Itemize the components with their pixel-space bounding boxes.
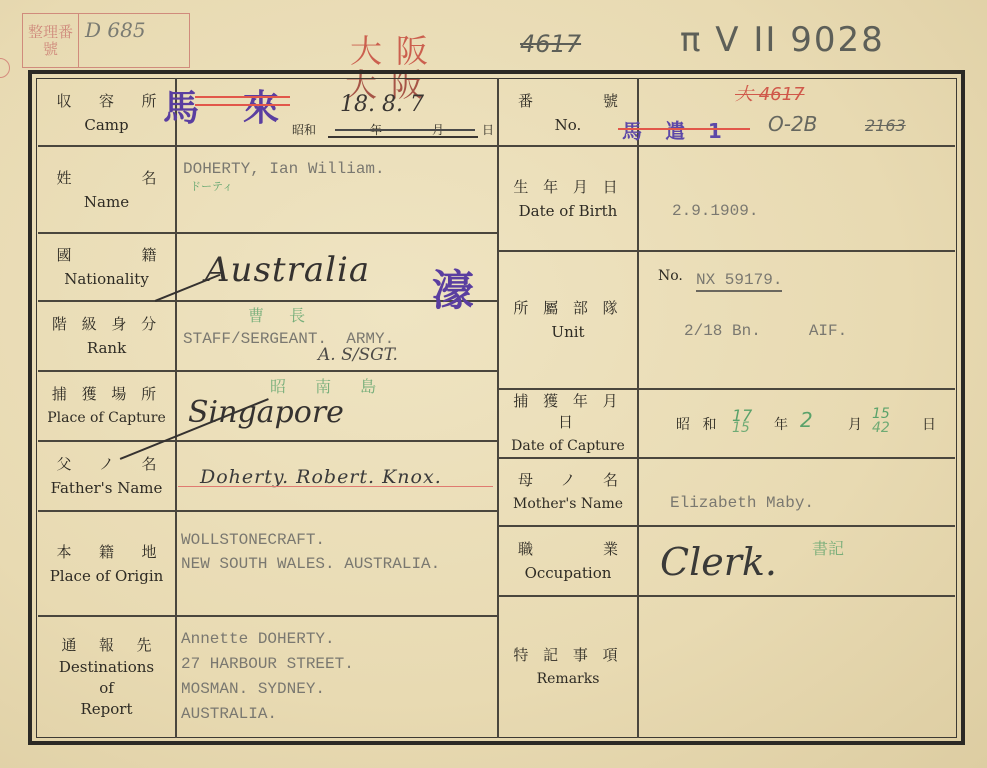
label-char: 容 [99,90,114,111]
label-char: 籍 [141,244,156,265]
mother-value: Elizabeth Maby. [670,494,814,512]
capture-year-mark: 年 [774,414,788,434]
label-jp: 生 年 月 日 [513,176,622,197]
unit-no-label: No. [658,268,683,284]
filing-number-value: D 685 [85,18,146,42]
crossed-pencil-number: 4617 [520,30,581,58]
label-en: Date of Birth [519,201,618,222]
label-char: ノ [99,453,114,474]
unit-value: 2/18 Bn. AIF. [684,322,847,340]
label-jp: 番 號 [518,90,618,111]
label-jp: 階 級 身 分 [52,313,161,334]
label-number: 番 號 No. [499,80,637,145]
label-jp: 國 籍 [57,244,157,265]
label-char: 名 [603,469,618,490]
label-en: Rank [87,338,126,359]
stamp-char: 整 [28,24,43,41]
label-date-of-birth: 生 年 月 日 Date of Birth [499,147,637,250]
day-mark: 日 [482,121,494,138]
capture-month: 2 [800,408,813,432]
capture-month-mark: 月 [848,414,862,434]
crossed-number: 大 4617 [735,80,805,106]
pencil-reference: π V II 9028 [680,20,885,60]
camp-stamp-char: 馬 [163,80,199,131]
label-char: 國 [57,244,72,265]
label-camp: 収 容 所 Camp [38,80,175,145]
label-jp: 姓 名 [57,167,157,188]
label-date-of-capture: 捕 獲 年 月 日 Date of Capture [499,390,637,457]
label-en: Father's Name [51,478,163,499]
label-en: Camp [84,115,128,136]
label-en: Report [80,699,132,720]
divider [175,78,177,738]
label-char: 先 [136,634,151,655]
label-jp: 捕 獲 場 所 [52,383,161,404]
record-card: 整 理 番 號 D 685 大阪 大阪 4617 π V II 9028 収 容… [0,0,987,768]
label-destinations: 通 報 先 Destinations of Report [38,617,175,737]
label-en: Occupation [525,563,612,584]
label-char: 番 [518,90,533,111]
destination-line: Annette DOHERTY. [181,627,335,652]
label-char: 通 [62,634,77,655]
era-label: 昭和 [292,121,316,138]
divider [637,78,639,738]
label-en: of [99,678,114,699]
label-jp: 父 ノ 名 [57,453,157,474]
crossed-number-end: 2163 [865,116,906,135]
label-rank: 階 級 身 分 Rank [38,302,175,370]
capture-place-green-note: 昭 南 島 [270,374,388,397]
label-place-of-origin: 本 籍 地 Place of Origin [38,512,175,615]
label-char: 職 [518,538,533,559]
origin-line: WOLLSTONECRAFT. [181,528,325,552]
occupation-green-note: 書記 [812,536,844,559]
label-char: 地 [141,541,156,562]
label-jp: 本 籍 地 [57,541,157,562]
label-en: Place of Capture [47,408,166,429]
capture-day-mark: 日 [922,414,936,434]
label-char: 籍 [99,541,114,562]
label-en: No. [555,115,582,136]
capture-year-alt: 15 [732,420,750,436]
label-en: Date of Capture [511,436,625,457]
nationality-stamp: 濠 [432,258,474,318]
label-char: 本 [57,541,72,562]
red-strike-line [195,104,290,106]
label-occupation: 職 業 Occupation [499,527,637,595]
red-strike-line [618,128,750,130]
label-jp: 職 業 [518,538,618,559]
red-strike-line [195,96,290,98]
label-jp: 所 屬 部 隊 [513,297,622,318]
label-nationality: 國 籍 Nationality [38,234,175,300]
label-char: 母 [518,469,533,490]
label-remarks: 特 記 事 項 Remarks [499,597,637,737]
label-char: 収 [57,90,72,111]
label-char: 名 [141,167,156,188]
label-char: 姓 [57,167,72,188]
nationality-value: Australia [205,250,370,290]
pencil-number: O-2B [768,112,817,136]
capture-era: 昭 和 [676,414,720,434]
label-name: 姓 名 Name [38,147,175,232]
stamp-char: 號 [43,41,58,58]
label-unit: 所 屬 部 隊 Unit [499,252,637,388]
label-jp: 特 記 事 項 [513,644,622,665]
father-value: Doherty. Robert. Knox. [200,466,442,488]
label-char: ノ [560,469,575,490]
label-mother: 母 ノ 名 Mother's Name [499,459,637,525]
label-en: Nationality [64,269,149,290]
label-father: 父 ノ 名 Father's Name [38,442,175,510]
remarks-value [645,605,945,725]
stamp-char: 番 [58,24,73,41]
label-char: 所 [141,90,156,111]
label-char: 名 [141,453,156,474]
service-number: NX 59179. [696,271,782,292]
date-of-birth-value: 2.9.1909. [672,202,758,220]
name-value: DOHERTY, Ian William. [183,160,385,178]
capture-day-alt: 42 [872,420,890,436]
label-en: Name [84,192,129,213]
date-underline [328,136,478,138]
label-char: 業 [603,538,618,559]
red-circle-mark [0,58,10,78]
stamp-char: 理 [43,24,58,41]
label-en: Destinations [59,657,154,678]
destination-line: AUSTRALIA. [181,702,277,727]
filing-number-label: 整 理 番 號 [23,14,79,67]
label-en: Place of Origin [50,566,164,587]
destination-line: MOSMAN. SYDNEY. [181,677,325,702]
label-place-of-capture: 捕 獲 場 所 Place of Capture [38,372,175,440]
label-en: Remarks [537,669,600,690]
origin-line: NEW SOUTH WALES. AUSTRALIA. [181,552,440,576]
handwritten-date: 18. 8. 7 [340,92,424,117]
label-en: Unit [551,322,584,343]
occupation-value: Clerk. [660,540,777,584]
number-stamp: 馬 遣 1 [622,115,730,144]
label-jp: 収 容 所 [57,90,157,111]
label-char: 報 [99,634,114,655]
destination-line: 27 HARBOUR STREET. [181,652,354,677]
label-char: 號 [603,90,618,111]
filing-number-stamp: 整 理 番 號 D 685 [22,13,190,68]
name-katakana: ドーティ [190,178,233,194]
label-en: Mother's Name [513,494,623,515]
camp-stamp-char: 來 [243,80,279,131]
date-strike [335,129,475,131]
label-jp: 捕 獲 年 月 日 [499,390,637,432]
rank-handwritten: A. S/SGT. [318,345,398,365]
label-char: 父 [57,453,72,474]
label-jp: 母 ノ 名 [518,469,618,490]
red-strike-line [178,486,493,487]
label-jp: 通 報 先 [62,634,152,655]
rank-green-note: 曹 長 [248,303,315,326]
